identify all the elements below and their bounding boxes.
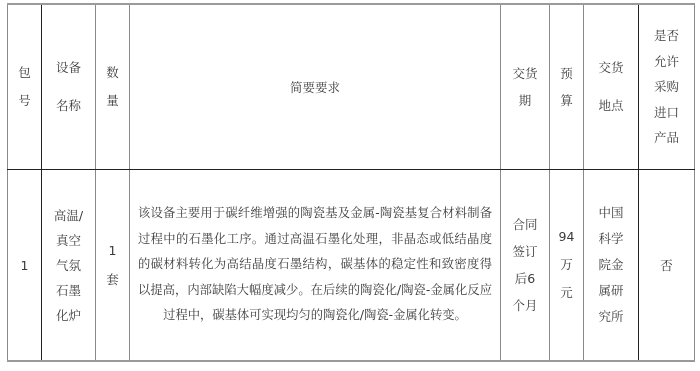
header-package-no: 包 号: [8, 4, 42, 170]
cell-text: 后6: [501, 265, 549, 292]
header-text: 交货: [501, 60, 549, 87]
procurement-table: 包 号 设备 名称 数 量 简要要求 交货 期: [7, 3, 695, 362]
header-text: 包: [8, 59, 41, 87]
cell-text: 化炉: [42, 303, 95, 328]
header-delivery-place: 交货 地点: [584, 4, 639, 170]
cell-text: 元: [550, 279, 583, 307]
cell-text: 究所: [584, 304, 638, 330]
cell-text: 科学: [584, 226, 638, 252]
header-text: 名称: [42, 87, 95, 125]
header-text: 预: [550, 60, 583, 87]
header-text: 数: [96, 59, 129, 87]
header-text: 简要要求: [290, 80, 340, 95]
header-text: 交货: [584, 49, 638, 87]
header-delivery-period: 交货 期: [501, 4, 550, 170]
cell-text: 1: [21, 258, 29, 273]
header-text: 算: [550, 87, 583, 114]
cell-delivery-place: 中国 科学 院金 属研 究所: [584, 170, 639, 362]
header-text: 期: [501, 87, 549, 114]
header-text: 是否: [639, 23, 694, 49]
requirements-text: 该设备主要用于碳纤维增强的陶瓷基及金属-陶瓷基复合材料制备过程中的石墨化工序。通…: [130, 201, 500, 329]
cell-text: 中国: [584, 200, 638, 226]
cell-text: 真空: [42, 228, 95, 253]
header-device-name: 设备 名称: [42, 4, 96, 170]
cell-text: 石墨: [42, 278, 95, 303]
cell-budget: 94 万 元: [550, 170, 584, 362]
cell-text: 套: [96, 265, 129, 294]
cell-import-allowed: 否: [639, 170, 695, 362]
header-text: 采购: [639, 74, 694, 100]
header-text: 量: [96, 87, 129, 115]
cell-text: 否: [660, 258, 673, 273]
cell-text: 高温/: [42, 203, 95, 228]
cell-delivery-period: 合同 签订 后6 个月: [501, 170, 550, 362]
cell-text: 合同: [501, 211, 549, 238]
cell-text: 1: [96, 236, 129, 265]
header-text: 允许: [639, 49, 694, 75]
header-import-allowed: 是否 允许 采购 进口 产品: [639, 4, 695, 170]
header-quantity: 数 量: [96, 4, 130, 170]
cell-quantity: 1 套: [96, 170, 130, 362]
cell-requirements: 该设备主要用于碳纤维增强的陶瓷基及金属-陶瓷基复合材料制备过程中的石墨化工序。通…: [130, 170, 501, 362]
cell-text: 个月: [501, 292, 549, 319]
cell-text: 94: [550, 223, 583, 251]
header-text: 地点: [584, 87, 638, 125]
header-text: 设备: [42, 49, 95, 87]
table-row: 1 高温/ 真空 气氛 石墨 化炉 1 套 该设备主要用于碳纤维增强的陶瓷基及金…: [8, 170, 695, 362]
header-text: 进口: [639, 100, 694, 126]
header-text: 号: [8, 87, 41, 115]
header-text: 产品: [639, 125, 694, 151]
cell-package-no: 1: [8, 170, 42, 362]
cell-text: 万: [550, 251, 583, 279]
cell-text: 属研: [584, 278, 638, 304]
header-budget: 预 算: [550, 4, 584, 170]
cell-text: 签订: [501, 238, 549, 265]
header-row: 包 号 设备 名称 数 量 简要要求 交货 期: [8, 4, 695, 170]
cell-device-name: 高温/ 真空 气氛 石墨 化炉: [42, 170, 96, 362]
cell-text: 气氛: [42, 253, 95, 278]
cell-text: 院金: [584, 252, 638, 278]
header-requirements: 简要要求: [130, 4, 501, 170]
